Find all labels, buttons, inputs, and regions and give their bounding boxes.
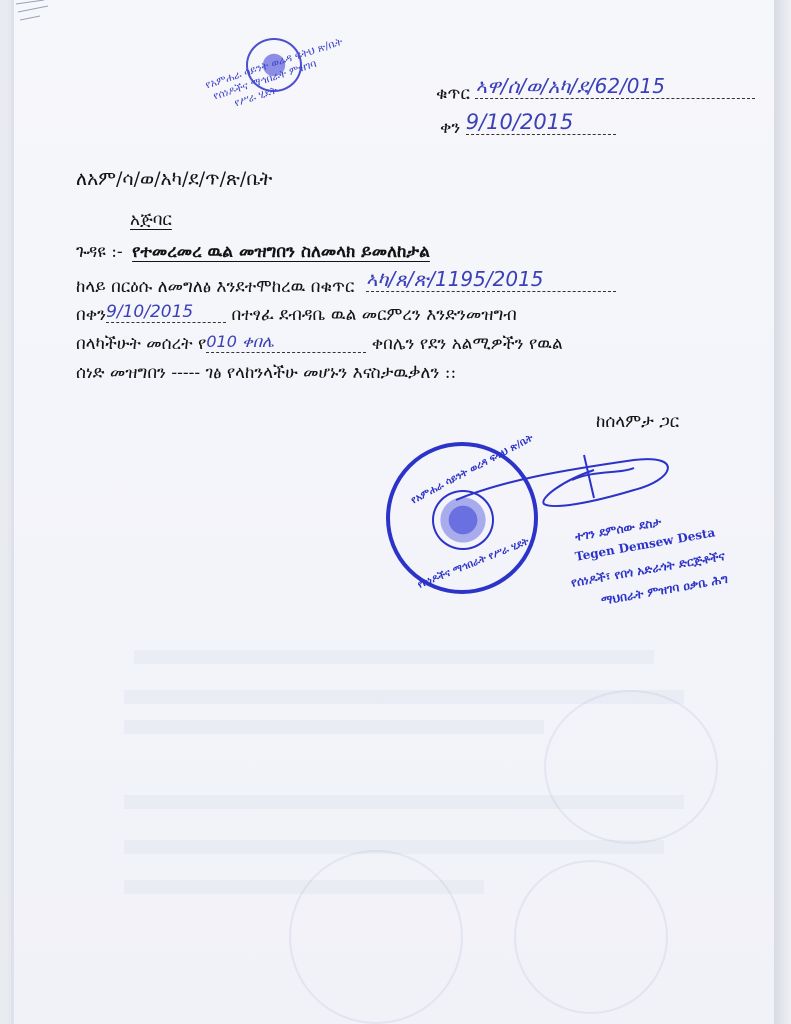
bleed-through-text — [124, 720, 544, 734]
body-text: በተፃፈ ደብዳቤ ዉል መርምረን እንድንመዝግብ — [231, 305, 516, 325]
body-text: በቀን — [76, 305, 106, 325]
kebele-fill: 010 ቀበሌ — [206, 332, 366, 353]
body-line-1: ከላይ በርዕሱ ለመግለፅ እንደተሞከረዉ በቁጥር ኣካ/ጸ/ጽ/1195… — [76, 273, 616, 298]
bleed-through-text — [124, 840, 664, 854]
date-value: 9/10/2015 — [466, 110, 616, 135]
reference-number: ቁጥር ኣዋ/ሰ/ወ/አካ/ደ/62/015 — [436, 80, 755, 105]
date-fill: 9/10/2015 — [106, 302, 226, 323]
reference-label: ቁጥር — [436, 84, 470, 104]
body-line-3: በላካችሁት መሰረት የ010 ቀበሌ ቀበሌን የደን አልሚዎችን የዉል — [76, 334, 563, 355]
body-line-4: ሰነድ መዝግበን ----- ገፅ የላከንላችሁ መሆኑን እናስታዉቃለን… — [76, 363, 456, 383]
bleed-through-seal — [544, 690, 718, 844]
recipient-city: አጅባር — [130, 210, 172, 230]
body-line-2: በቀን9/10/2015 በተፃፈ ደብዳቤ ዉል መርምረን እንድንመዝግብ — [76, 305, 517, 326]
bleed-through-seal — [289, 850, 463, 1024]
subject-label: ጉዳዩ :- — [76, 242, 123, 262]
recipient-address: ለአም/ሳ/ወ/አካ/ደ/ጥ/ጽ/ቤት — [76, 168, 272, 190]
closing-greeting: ከሰላምታ ጋር — [596, 412, 679, 432]
bleed-through-seal — [514, 860, 668, 1014]
reference-fill: ኣካ/ጸ/ጽ/1195/2015 — [366, 267, 616, 292]
bleed-through-text — [124, 690, 684, 704]
page-edge — [774, 0, 791, 1024]
corner-scratch-mark — [14, 0, 54, 30]
bleed-through-text — [124, 795, 684, 809]
body-text: ከላይ በርዕሱ ለመግለፅ እንደተሞከረዉ በቁጥር — [76, 277, 354, 297]
bleed-through-text — [124, 880, 484, 894]
body-text: በላካችሁት መሰረት የ — [76, 334, 206, 354]
body-text: ቀበሌን የደን አልሚዎችን የዉል — [372, 334, 563, 354]
document-page: የአምሐራ ሳይንት ወሬዳ ፍትህ ጽ/ቤት የሰነዶችና ማኅበራት ምዝገ… — [14, 0, 774, 1024]
subject-line: ጉዳዩ :- የተመረመረ ዉል መዝግበን ስለመላክ ይመለከታል — [76, 242, 430, 262]
signature-mark — [444, 440, 684, 520]
subject-text: የተመረመረ ዉል መዝግበን ስለመላክ ይመለከታል — [132, 242, 430, 262]
bleed-through-text — [134, 650, 654, 664]
reference-value: ኣዋ/ሰ/ወ/አካ/ደ/62/015 — [475, 74, 755, 99]
letter-date: ቀን 9/10/2015 — [440, 114, 616, 139]
date-label: ቀን — [440, 118, 460, 138]
